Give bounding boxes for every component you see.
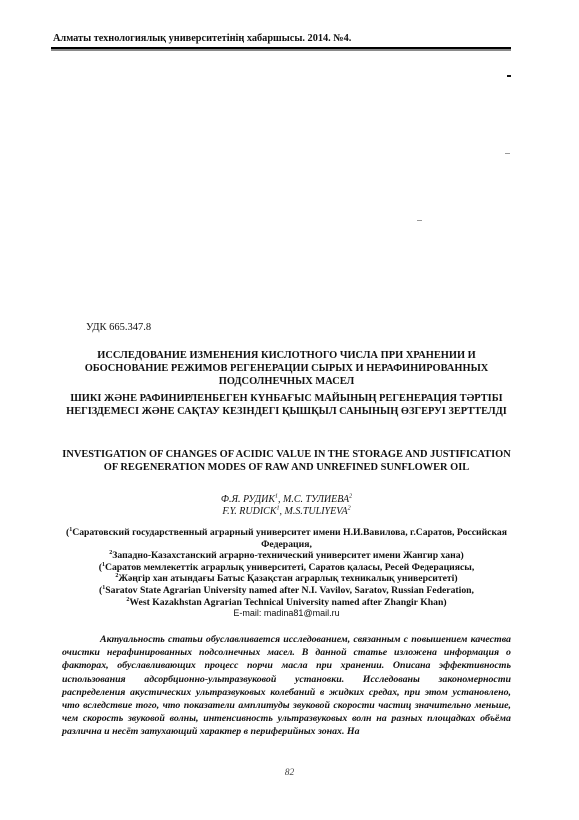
author-name: М.С. ТУЛИЕВА	[283, 494, 349, 505]
author-affiliation-sup: 2	[349, 494, 352, 500]
authors-english: F.Y. RUDICK1, M.S.TULIYEVA2	[62, 506, 511, 518]
affiliation-text: Западно-Казахстанский аграрно-технически…	[112, 550, 464, 561]
page-number: 82	[0, 768, 579, 778]
author-name: Ф.Я. РУДИК	[221, 494, 275, 505]
title-english: INVESTIGATION OF CHANGES OF ACIDIC VALUE…	[62, 448, 511, 474]
stray-mark	[417, 220, 422, 221]
affiliations-block: (1Саратовский государственный аграрный у…	[62, 527, 511, 620]
affiliation-kz-1: (1Саратов мемлекеттік аграрлық университ…	[62, 562, 511, 574]
title-kazakh: ШИКІ ЖӘНЕ РАФИНИРЛЕНБЕГЕН КҮНБАҒЫС МАЙЫН…	[62, 392, 511, 418]
affiliation-en-2: 2West Kazakhstan Agrarian Technical Univ…	[62, 597, 511, 609]
authors-russian: Ф.Я. РУДИК1, М.С. ТУЛИЕВА2	[62, 494, 511, 506]
affiliation-text: West Kazakhstan Agrarian Technical Unive…	[129, 597, 446, 608]
author-name: F.Y. RUDICK	[222, 506, 276, 517]
affiliation-en-1: (1Saratov State Agrarian University name…	[62, 585, 511, 597]
affiliation-ru-1: (1Саратовский государственный аграрный у…	[62, 527, 511, 550]
affiliation-text: Жәңгір хан атындағы Батыс Қазақстан агра…	[118, 573, 457, 584]
author-affiliation-sup: 2	[348, 505, 351, 511]
contact-email[interactable]: E-mail: madina81@mail.ru	[62, 608, 511, 620]
affiliation-text: Саратовский государственный аграрный уни…	[72, 527, 507, 550]
author-name: M.S.TULIYEVA	[285, 506, 348, 517]
affiliation-text: Саратов мемлекеттік аграрлық университет…	[105, 562, 474, 573]
affiliation-kz-2: 2Жәңгір хан атындағы Батыс Қазақстан агр…	[62, 573, 511, 585]
title-russian: ИССЛЕДОВАНИЕ ИЗМЕНЕНИЯ КИСЛОТНОГО ЧИСЛА …	[62, 349, 511, 388]
affiliation-text: Saratov State Agrarian University named …	[105, 585, 474, 596]
stray-mark	[505, 153, 510, 154]
udk-code: УДК 665.347.8	[86, 322, 151, 333]
abstract-paragraph: Актуальность статьи обуславливается иссл…	[62, 633, 511, 739]
journal-header-title: Алматы технологиялық университетінің хаб…	[53, 33, 351, 44]
header-rule-shadow	[51, 49, 511, 51]
stray-mark	[507, 75, 511, 77]
authors-block: Ф.Я. РУДИК1, М.С. ТУЛИЕВА2 F.Y. RUDICK1,…	[62, 494, 511, 517]
affiliation-ru-2: 2Западно-Казахстанский аграрно-техническ…	[62, 550, 511, 562]
